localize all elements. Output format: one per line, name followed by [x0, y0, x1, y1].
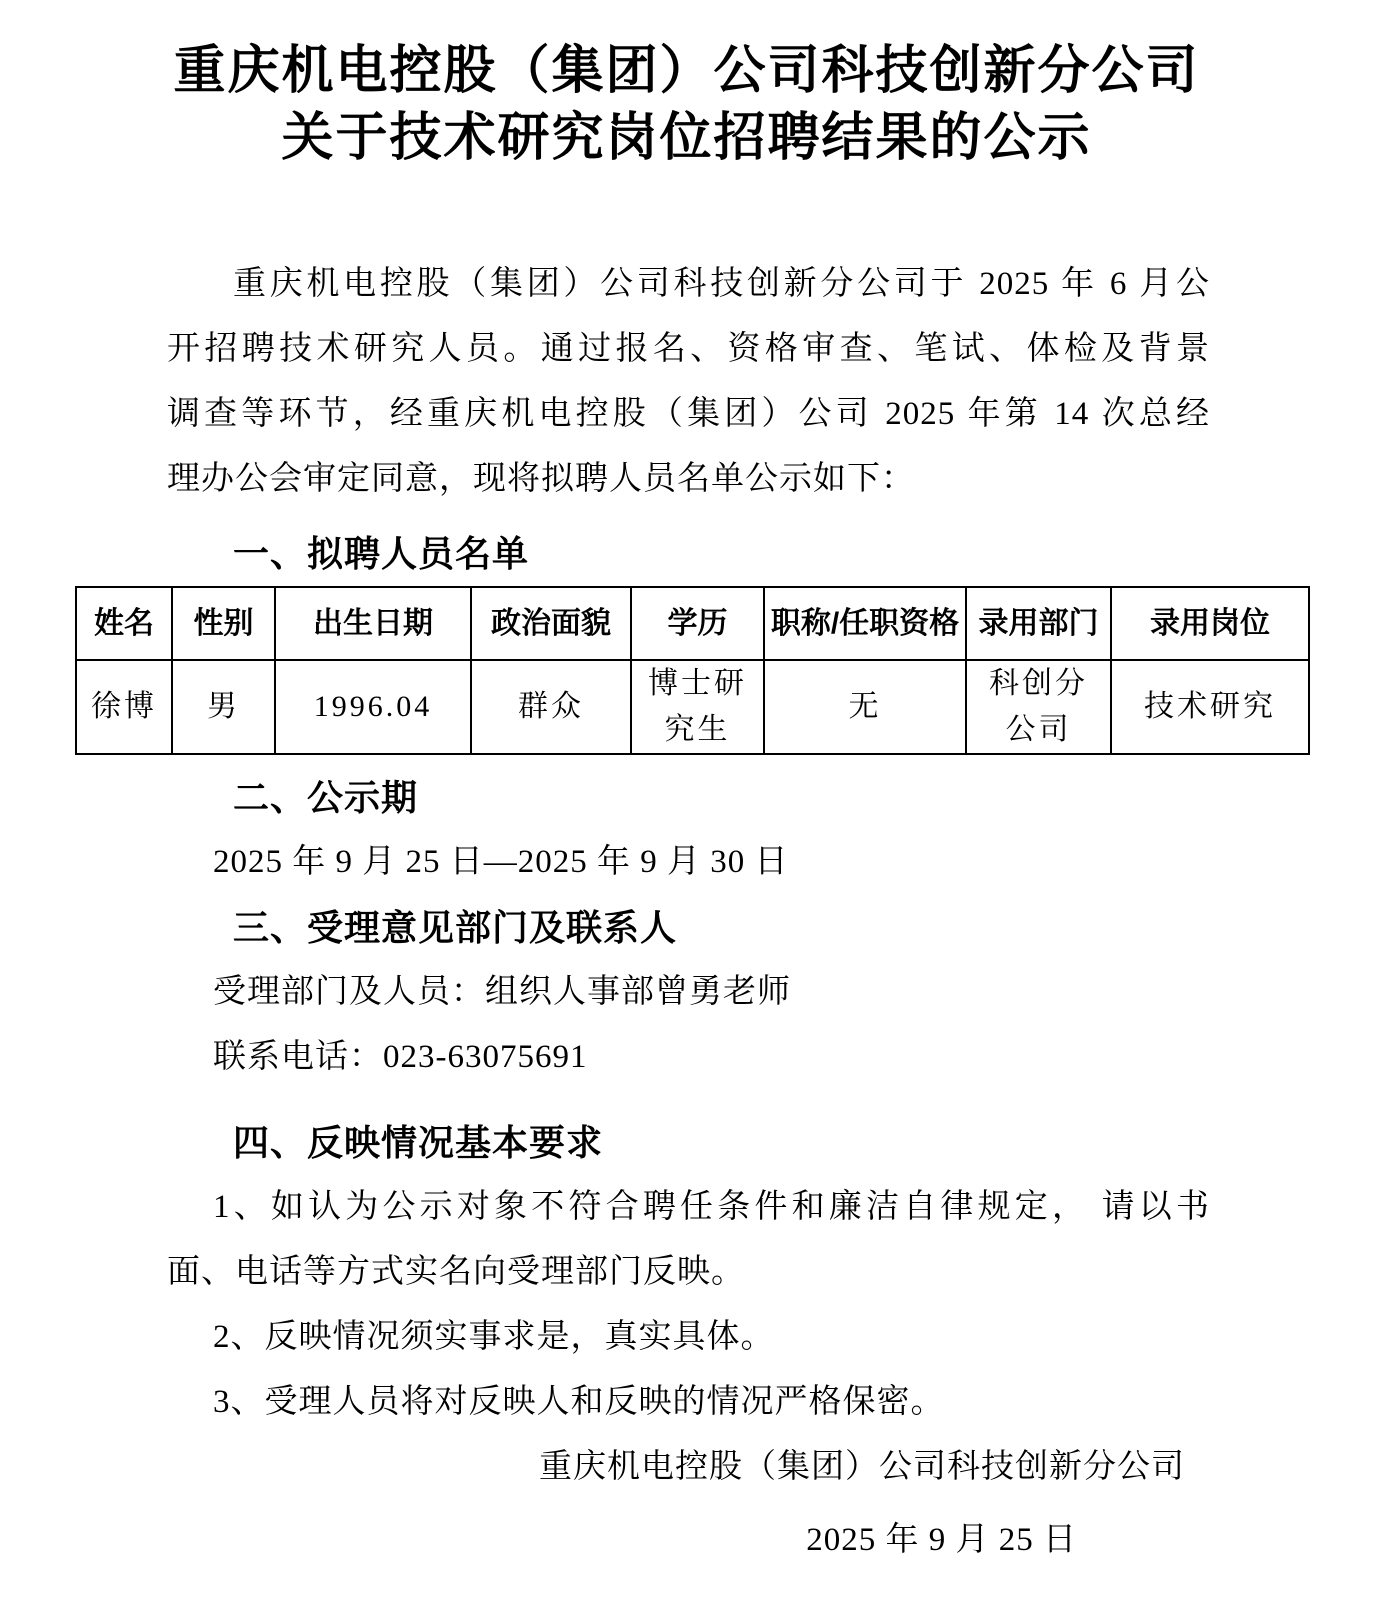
document-title: 重庆机电控股（集团）公司科技创新分公司 关于技术研究岗位招聘结果的公示	[0, 0, 1373, 172]
table-row: 徐博 男 1996.04 群众 博士研 究生 无 科创分 公司 技术研究	[76, 660, 1309, 754]
intro-line-4: 理办公会审定同意，现将拟聘人员名单公示如下：	[167, 447, 1210, 512]
col-header-job-title: 职称/任职资格	[764, 587, 966, 660]
cell-job-title: 无	[764, 660, 966, 754]
col-header-position: 录用岗位	[1111, 587, 1309, 660]
cell-birth-date: 1996.04	[275, 660, 471, 754]
col-header-birth-date: 出生日期	[275, 587, 471, 660]
col-header-department: 录用部门	[966, 587, 1111, 660]
col-header-name: 姓名	[76, 587, 172, 660]
requirement-1-line-2: 面、电话等方式实名向受理部门反映。	[167, 1240, 1210, 1305]
section-2-heading: 二、公示期	[233, 765, 1373, 830]
intro-line-3: 调查等环节，经重庆机电控股（集团）公司 2025 年第 14 次总经	[167, 382, 1210, 447]
table-header-row: 姓名 性别 出生日期 政治面貌 学历 职称/任职资格 录用部门 录用岗位	[76, 587, 1309, 660]
cell-position: 技术研究	[1111, 660, 1309, 754]
title-line-1: 重庆机电控股（集团）公司科技创新分公司	[0, 38, 1373, 105]
col-header-gender: 性别	[172, 587, 275, 660]
title-line-2: 关于技术研究岗位招聘结果的公示	[0, 105, 1373, 172]
requirement-2: 2、反映情况须实事求是，真实具体。	[167, 1305, 1210, 1370]
publicity-period: 2025 年 9 月 25 日—2025 年 9 月 30 日	[167, 830, 1210, 895]
requirement-3: 3、受理人员将对反映人和反映的情况严格保密。	[167, 1370, 1210, 1435]
cell-education: 博士研 究生	[631, 660, 764, 754]
col-header-education: 学历	[631, 587, 764, 660]
candidates-table: 姓名 性别 出生日期 政治面貌 学历 职称/任职资格 录用部门 录用岗位 徐博 …	[75, 586, 1310, 755]
contact-department: 受理部门及人员：组织人事部曾勇老师	[167, 960, 1210, 1025]
announcement-page: 重庆机电控股（集团）公司科技创新分公司 关于技术研究岗位招聘结果的公示 重庆机电…	[0, 0, 1373, 1600]
signature-date: 2025 年 9 月 25 日	[0, 1508, 1210, 1573]
section-3-heading: 三、受理意见部门及联系人	[233, 895, 1373, 960]
section-4-heading: 四、反映情况基本要求	[233, 1110, 1373, 1175]
signature-company: 重庆机电控股（集团）公司科技创新分公司	[0, 1435, 1210, 1500]
intro-paragraph: 重庆机电控股（集团）公司科技创新分公司于 2025 年 6 月公 开招聘技术研究…	[167, 252, 1210, 512]
cell-name: 徐博	[76, 660, 172, 754]
cell-gender: 男	[172, 660, 275, 754]
section-1-heading: 一、拟聘人员名单	[233, 521, 1373, 586]
requirement-1-line-1: 1、如认为公示对象不符合聘任条件和廉洁自律规定， 请以书	[167, 1175, 1210, 1240]
contact-phone: 联系电话：023-63075691	[167, 1025, 1210, 1090]
intro-line-2: 开招聘技术研究人员。通过报名、资格审查、笔试、体检及背景	[167, 317, 1210, 382]
col-header-political-status: 政治面貌	[471, 587, 631, 660]
cell-department: 科创分 公司	[966, 660, 1111, 754]
intro-line-1: 重庆机电控股（集团）公司科技创新分公司于 2025 年 6 月公	[167, 252, 1210, 317]
cell-political-status: 群众	[471, 660, 631, 754]
